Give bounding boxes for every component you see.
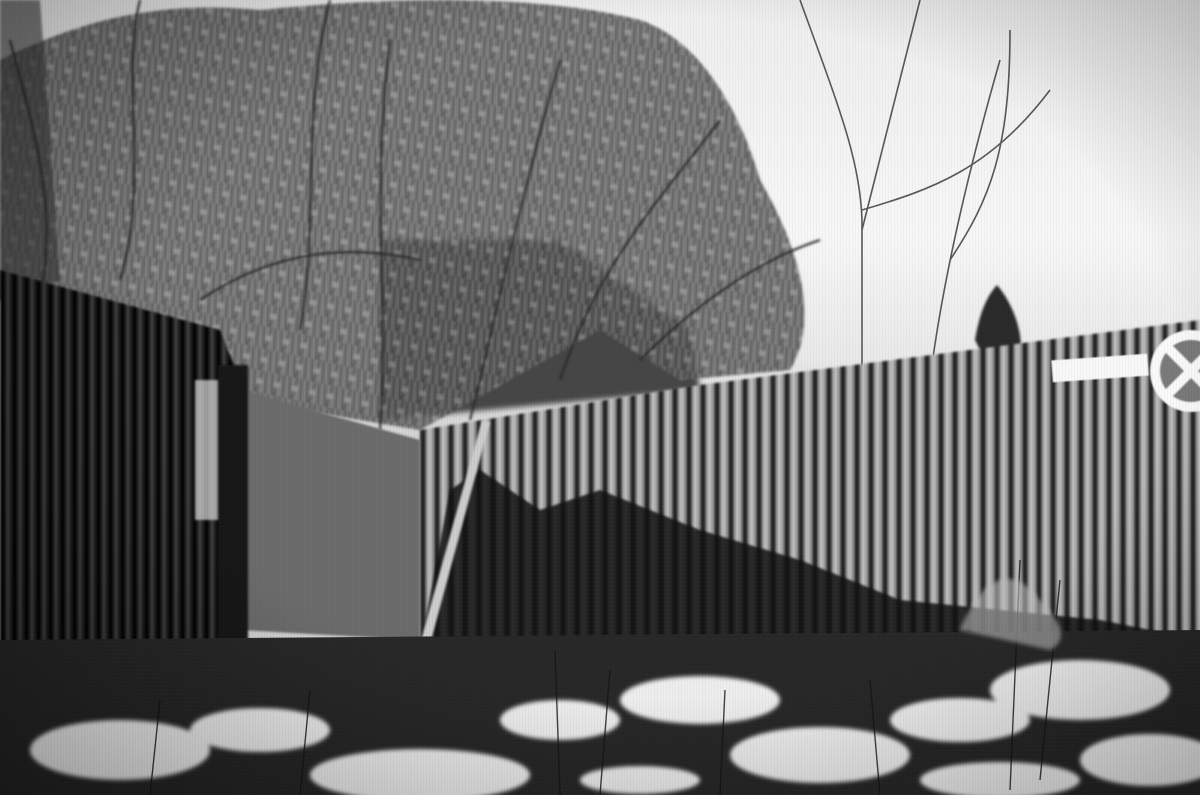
photo-scene: [0, 0, 1200, 795]
snowy-ground: [0, 0, 1200, 795]
